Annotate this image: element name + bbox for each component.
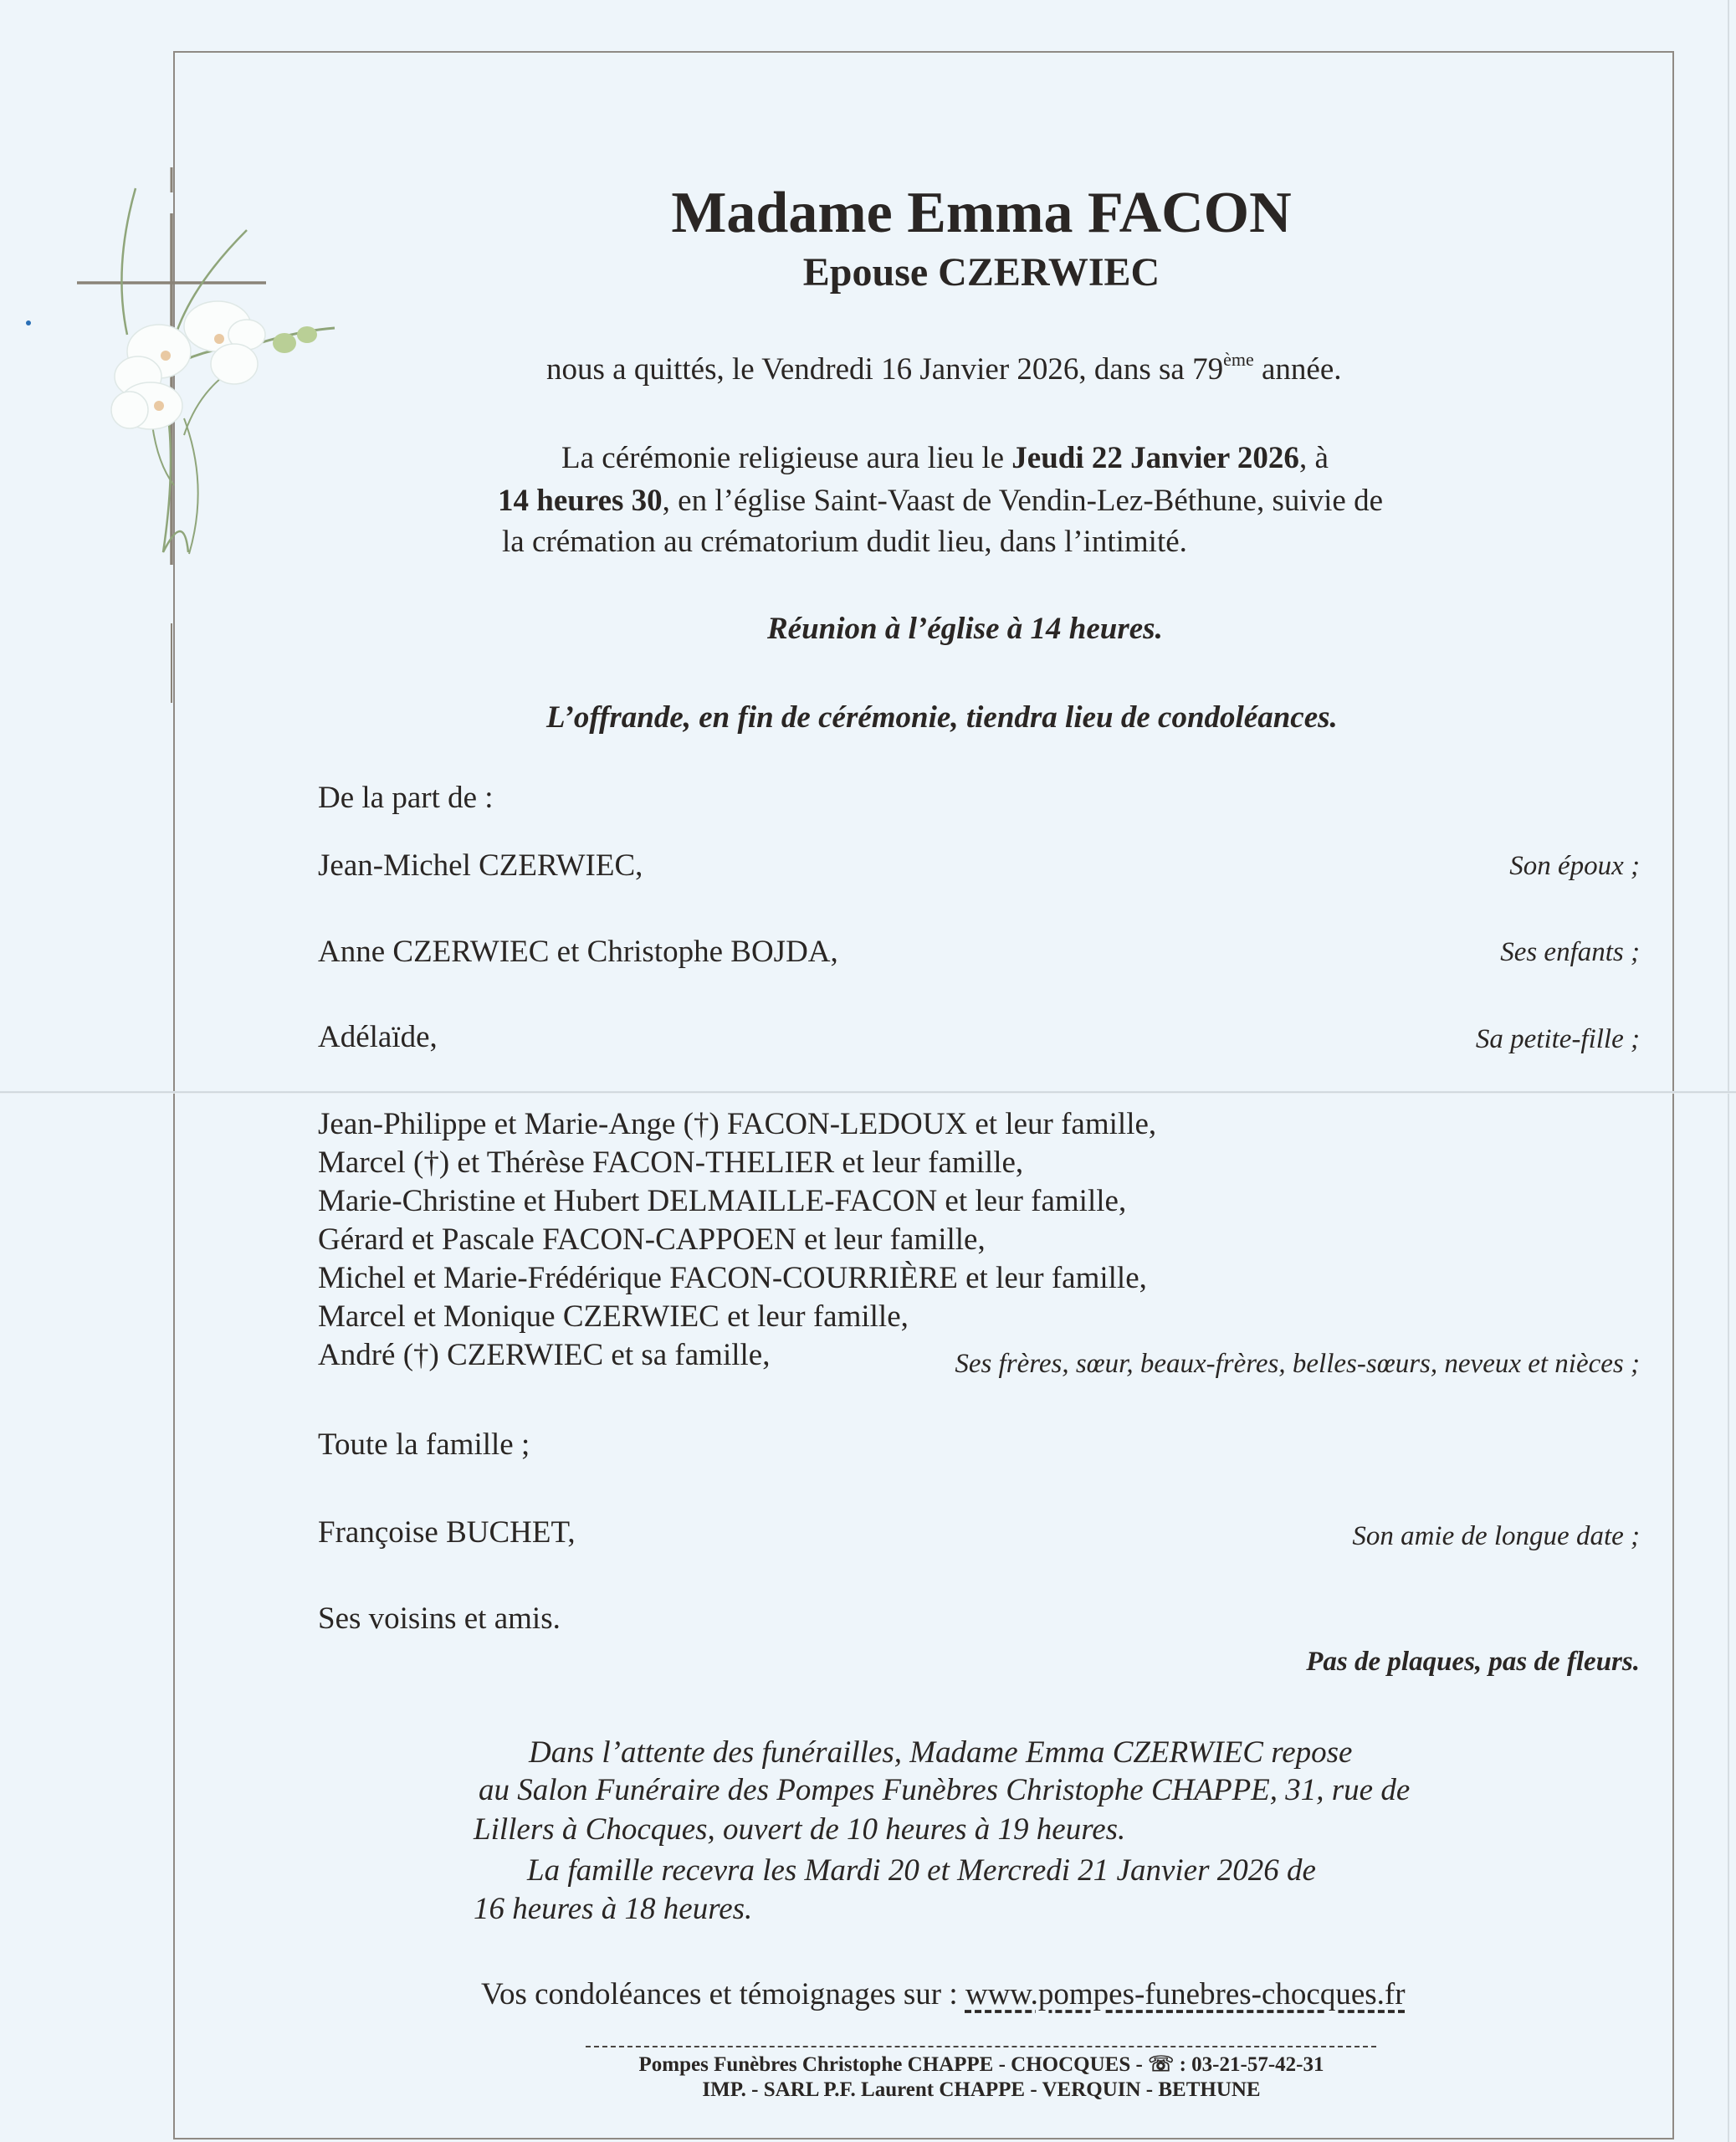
relative-name: Jean-Michel CZERWIEC, <box>318 848 643 884</box>
sibling-line: Marie-Christine et Hubert DELMAILLE-FACO… <box>318 1183 1126 1219</box>
sibling-line: André (†) CZERWIEC et sa famille, <box>318 1337 770 1373</box>
ceremony-time: 14 heures 30 <box>498 484 663 518</box>
relative-relation: Sa petite-fille ; <box>1476 1024 1640 1055</box>
ceremony-line-3: la crémation au crématorium dudit lieu, … <box>502 524 1187 560</box>
no-flowers-note: Pas de plaques, pas de fleurs. <box>1306 1647 1640 1678</box>
death-announcement: nous a quittés, le Vendredi 16 Janvier 2… <box>546 351 1342 387</box>
rest-line: 16 heures à 18 heures. <box>474 1891 752 1927</box>
relative-name: Anne CZERWIEC et Christophe BOJDA, <box>318 934 838 970</box>
ceremony-text: , à <box>1299 441 1329 475</box>
friend-name: Françoise BUCHET, <box>318 1514 576 1550</box>
rest-line: au Salon Funéraire des Pompes Funèbres C… <box>479 1772 1410 1808</box>
relative-name: Adélaïde, <box>318 1019 438 1055</box>
rest-line: Dans l’attente des funérailles, Madame E… <box>529 1735 1352 1770</box>
meeting-note: Réunion à l’église à 14 heures. <box>767 611 1163 647</box>
neighbors: Ses voisins et amis. <box>318 1601 561 1637</box>
rest-line: La famille recevra les Mardi 20 et Mercr… <box>527 1852 1316 1888</box>
ceremony-text: , en l’église Saint-Vaast de Vendin-Lez-… <box>663 484 1383 518</box>
footer-printer: IMP. - SARL P.F. Laurent CHAPPE - VERQUI… <box>702 2078 1260 2102</box>
ink-dot <box>26 320 31 325</box>
relative-relation: Son époux ; <box>1509 851 1640 882</box>
cross-orchid-icon <box>67 167 368 753</box>
sibling-line: Marcel (†) et Thérèse FACON-THELIER et l… <box>318 1145 1023 1181</box>
death-text: nous a quittés, le Vendredi 16 Janvier 2… <box>546 352 1223 387</box>
ceremony-line-2: 14 heures 30, en l’église Saint-Vaast de… <box>498 483 1383 519</box>
condolences-link[interactable]: www.pompes-funebres-chocques.fr <box>965 1977 1406 2011</box>
friend-relation: Son amie de longue date ; <box>1352 1521 1640 1552</box>
sibling-line: Marcel et Monique CZERWIEC et leur famil… <box>318 1299 909 1335</box>
death-suffix: année. <box>1254 352 1342 387</box>
from-label: De la part de : <box>318 780 494 816</box>
ceremony-line-1: La cérémonie religieuse aura lieu le Jeu… <box>561 440 1329 476</box>
sibling-line: Gérard et Pascale FACON-CAPPOEN et leur … <box>318 1222 986 1258</box>
deceased-name: Madame Emma FACON <box>671 180 1291 247</box>
relative-relation: Ses enfants ; <box>1500 937 1640 968</box>
offering-note: L’offrande, en fin de cérémonie, tiendra… <box>546 699 1338 735</box>
whole-family: Toute la famille ; <box>318 1427 530 1463</box>
ceremony-date: Jeudi 22 Janvier 2026 <box>1011 441 1299 475</box>
death-superscript: ème <box>1223 349 1254 370</box>
footer-company: Pompes Funèbres Christophe CHAPPE - CHOC… <box>639 2052 1324 2077</box>
married-name: Epouse CZERWIEC <box>803 249 1160 295</box>
sibling-line: Jean-Philippe et Marie-Ange (†) FACON-LE… <box>318 1106 1156 1142</box>
ceremony-text: La cérémonie religieuse aura lieu le <box>561 441 1011 475</box>
siblings-relation: Ses frères, sœur, beaux-frères, belles-s… <box>955 1349 1640 1380</box>
footer-divider <box>586 2046 1376 2047</box>
rest-line: Lillers à Chocques, ouvert de 10 heures … <box>474 1811 1125 1847</box>
condolences-text: Vos condoléances et témoignages sur : <box>481 1977 965 2011</box>
sibling-line: Michel et Marie-Frédérique FACON-COURRIÈ… <box>318 1260 1147 1296</box>
scan-edge <box>1728 0 1729 2142</box>
condolences-line: Vos condoléances et témoignages sur : ww… <box>481 1976 1406 2012</box>
fold-line <box>0 1091 1736 1094</box>
